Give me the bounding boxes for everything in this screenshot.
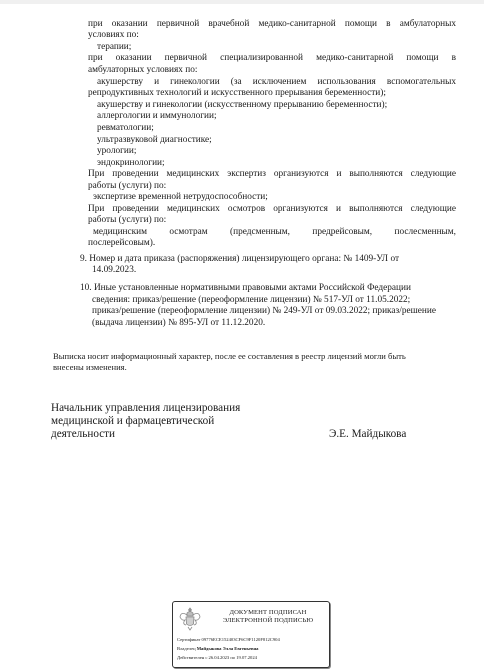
service-intro-line: условиях по:: [88, 30, 139, 41]
other-info-line: (выдача лицензии) № 895-УЛ от 11.12.2020…: [92, 318, 265, 329]
disclaimer-line: внесены изменения.: [53, 362, 127, 373]
stamp-title-line: ДОКУМЕНТ ПОДПИСАН: [213, 609, 323, 617]
signatory-title-line: медицинской и фармацевтической: [51, 415, 214, 429]
signatory-title-line: деятельности: [51, 428, 115, 442]
stamp-title-line: ЭЛЕКТРОННОЙ ПОДПИСЬЮ: [213, 617, 323, 625]
expertise-intro-line: работы (услуги) по:: [88, 181, 166, 192]
service-intro-line: при оказании первичной врачебной медико-…: [88, 19, 456, 30]
coat-of-arms-icon: [179, 605, 201, 631]
service-item: урологии;: [97, 146, 136, 157]
validity-line: Действителен с 26.04.2023 по 19.07.2024: [177, 655, 257, 661]
certificate-value: 09776ECE152403CF6C9F1120F812C904: [202, 637, 280, 642]
certificate-line: Сертификат 09776ECE152403CF6C9F1120F812C…: [177, 637, 280, 643]
page-top-edge: [0, 0, 484, 4]
signatory-title-line: Начальник управления лицензирования: [51, 402, 240, 416]
owner-label: Владелец: [177, 646, 196, 651]
expertise-intro-line: При проведении медицинских экспертиз орг…: [88, 169, 456, 180]
service-intro-line: при оказании первичной специализированно…: [88, 53, 456, 64]
service-item: аллергологии и иммунологии;: [97, 111, 217, 122]
owner-value: Майдыкова Элла Евгеньевна: [197, 646, 259, 651]
other-info-line: 10. Иные установленные нормативными прав…: [80, 283, 411, 294]
owner-line: Владелец Майдыкова Элла Евгеньевна: [177, 646, 258, 652]
certificate-label: Сертификат: [177, 637, 200, 642]
other-info-line: приказ/решение (переоформление лицензии)…: [92, 306, 436, 317]
service-item: акушерству и гинекологии (искусственному…: [97, 100, 387, 111]
service-intro-line: амбулаторных условиях по:: [88, 65, 197, 76]
disclaimer-line: Выписка носит информационный характер, п…: [53, 351, 406, 362]
exams-item: послерейсовым).: [88, 238, 155, 249]
service-item: акушерству и гинекологии (за исключением…: [97, 77, 456, 88]
service-item: эндокринологии;: [97, 158, 165, 169]
exams-item: медицинским осмотрам (предсменным, предр…: [93, 227, 456, 238]
service-item: репродуктивных технологий и искусственно…: [88, 88, 386, 99]
other-info-line: сведения: приказ/решение (переоформление…: [92, 295, 410, 306]
signatory-name: Э.Е. Майдыкова: [329, 428, 406, 442]
exams-intro-line: работы (услуги) по:: [88, 215, 166, 226]
stamp-title: ДОКУМЕНТ ПОДПИСАН ЭЛЕКТРОННОЙ ПОДПИСЬЮ: [213, 609, 323, 625]
service-item: ультразвуковой диагностике;: [97, 135, 212, 146]
order-number-line: 9. Номер и дата приказа (распоряжения) л…: [80, 254, 399, 265]
service-item: ревматологии;: [97, 123, 154, 134]
service-item: терапии;: [97, 42, 131, 53]
order-date-line: 14.09.2023.: [92, 265, 136, 276]
exams-intro-line: При проведении медицинских осмотров орга…: [88, 204, 456, 215]
electronic-signature-stamp: ДОКУМЕНТ ПОДПИСАН ЭЛЕКТРОННОЙ ПОДПИСЬЮ С…: [172, 601, 330, 668]
expertise-item: экспертизе временной нетрудоспособности;: [93, 192, 268, 203]
